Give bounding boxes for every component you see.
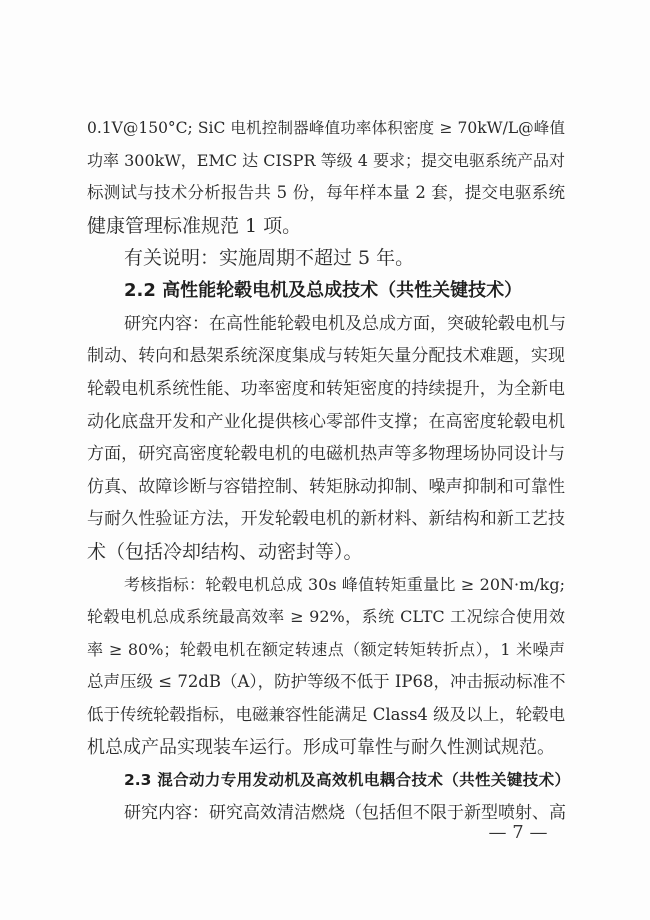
paragraph-line: 轮毂电机总成系统最高效率 ≥ 92%，系统 CLTC 工况综合使用效	[87, 602, 565, 632]
paragraph-line: 术（包括冷却结构、动密封等）。	[87, 537, 565, 567]
document-page: 0.1V@150°C; SiC 电机控制器峰值功率体积密度 ≥ 70kW/L@峰…	[0, 0, 650, 920]
paragraph-line: 轮毂电机系统性能、功率密度和转矩密度的持续提升，为全新电	[87, 374, 565, 404]
paragraph-line: 考核指标：轮毂电机总成 30s 峰值转矩重量比 ≥ 20N·m/kg;	[124, 570, 565, 600]
paragraph-line: 方面，研究高密度轮毂电机的电磁机热声等多物理场协同设计与	[87, 439, 565, 469]
paragraph-line: 健康管理标准规范 1 项。	[87, 211, 565, 241]
section-heading-2-3: 2.3 混合动力专用发动机及高效机电耦合技术（共性关键技术）	[124, 765, 570, 795]
section-heading-2-2: 2.2 高性能轮毂电机及总成技术（共性关键技术）	[124, 276, 565, 306]
note-line: 有关说明：实施周期不超过 5 年。	[124, 243, 565, 273]
paragraph-line: 低于传统轮毂指标，电磁兼容性能满足 Class4 级及以上，轮毂电	[87, 700, 565, 730]
paragraph-line: 制动、转向和悬架系统深度集成与转矩矢量分配技术难题，实现	[87, 341, 565, 371]
paragraph-line: 仿真、故障诊断与容错控制、转矩脉动抑制、噪声抑制和可靠性	[87, 472, 565, 502]
paragraph-line: 研究内容：在高性能轮毂电机及总成方面，突破轮毂电机与	[124, 309, 565, 339]
paragraph-line: 功率 300kW，EMC 达 CISPR 等级 4 要求；提交电驱系统产品对	[87, 146, 565, 176]
paragraph-line: 0.1V@150°C; SiC 电机控制器峰值功率体积密度 ≥ 70kW/L@峰…	[87, 113, 565, 143]
paragraph-line: 标测试与技术分析报告共 5 份，每年样本量 2 套，提交电驱系统	[87, 178, 565, 208]
paragraph-line: 机总成产品实现装车运行。形成可靠性与耐久性测试规范。	[87, 733, 565, 763]
page-number: — 7 —	[488, 818, 548, 848]
paragraph-line: 总声压级 ≤ 72dB（A），防护等级不低于 IP68，冲击振动标准不	[87, 667, 565, 697]
paragraph-line: 动化底盘开发和产业化提供核心零部件支撑；在高密度轮毂电机	[87, 407, 565, 437]
paragraph-line: 与耐久性验证方法，开发轮毂电机的新材料、新结构和新工艺技	[87, 504, 565, 534]
paragraph-line: 率 ≥ 80%；轮毂电机在额定转速点（额定转矩转折点），1 米噪声	[87, 635, 565, 665]
